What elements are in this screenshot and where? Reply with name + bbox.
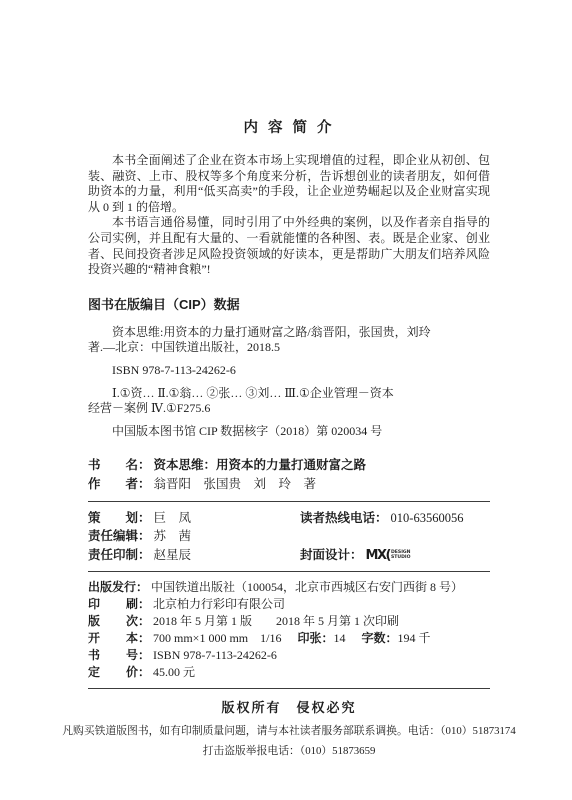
editor-value: 苏 茜 <box>154 529 192 543</box>
colon: ： <box>138 548 151 562</box>
format-label: 开本： <box>88 631 150 645</box>
intro-heading: 内 容 简 介 <box>88 116 490 137</box>
colon: ： <box>136 580 148 594</box>
colon: ： <box>386 631 398 645</box>
cover-design-label: 封面设计： <box>300 548 363 562</box>
copyright-statement: 版权所有 侵权必究 <box>88 697 490 716</box>
format-value: 700 mm×1 000 mm 1/16 <box>153 631 281 645</box>
hotline-field: 读者热线电话：010-63560056 <box>300 509 463 528</box>
edition-value: 2018 年 5 月第 1 版 2018 年 5 月第 1 次印刷 <box>153 614 399 628</box>
cip-data-block: 资本思维:用资本的力量打通财富之路/翁晋阳，张国贵，刘玲 著.—北京：中国铁道出… <box>88 325 490 439</box>
book-info-section: 书名：资本思维：用资本的力量打通财富之路 作者：翁晋阳 张国贵 刘 玲 著 <box>88 456 490 494</box>
cover-design-field: 封面设计：MX(DESIGNSTUDIO <box>300 546 411 565</box>
cip-line-classification-1: Ⅰ.①资… Ⅱ.①翁… ②张… ③刘… Ⅲ.①企业管理－资本 <box>88 386 490 401</box>
colon: ： <box>138 529 151 543</box>
footer-section: 版权所有 侵权必究 凡购买铁道版图书，如有印制质量问题，请与本社读者服务部联系调… <box>88 697 490 758</box>
divider-rule <box>88 571 490 572</box>
cip-line-isbn: ISBN 978-7-113-24262-6 <box>88 363 490 378</box>
hotline-value: 010-63560056 <box>391 511 464 525</box>
colon: ： <box>138 511 151 525</box>
colon: ： <box>321 631 333 645</box>
colon: ： <box>138 614 150 628</box>
author-label: 作者： <box>88 477 151 491</box>
printer-row: 印刷：北京柏力行彩印有限公司 <box>88 596 490 613</box>
design-studio-logo: MX(DESIGNSTUDIO <box>366 547 411 566</box>
colon: ： <box>138 477 151 491</box>
quality-notice: 凡购买铁道版图书，如有印制质量问题，请与本社读者服务部联系调换。电话：（010）… <box>62 723 516 738</box>
colon: ： <box>138 665 150 679</box>
printer-label: 印刷： <box>88 597 150 611</box>
print-supervisor-value: 赵星辰 <box>154 548 192 562</box>
colon: ： <box>138 458 151 472</box>
mxk-logo-subtext: DESIGNSTUDIO <box>391 547 411 560</box>
printer-value: 北京柏力行彩印有限公司 <box>153 597 285 611</box>
print-supervisor-label: 责任印制： <box>88 548 151 562</box>
price-value: 45.00 元 <box>153 665 195 679</box>
page-content: 内 容 简 介 本书全面阐述了企业在资本市场上实现增值的过程，即企业从初创、包装… <box>88 116 490 758</box>
isbn-label: 书号： <box>88 648 150 662</box>
planner-row: 策划：巨 凤 读者热线电话：010-63560056 <box>88 509 490 528</box>
cip-line-publisher: 著.—北京：中国铁道出版社，2018.5 <box>88 340 490 355</box>
edition-row: 版次：2018 年 5 月第 1 版 2018 年 5 月第 1 次印刷 <box>88 613 490 630</box>
words-value: 194 千 <box>398 631 431 645</box>
editor-label: 责任编辑： <box>88 529 151 543</box>
intro-paragraph-1: 本书全面阐述了企业在资本市场上实现增值的过程，即企业从初创、包装、融资、上市、股… <box>88 153 490 215</box>
edition-label: 版次： <box>88 614 150 628</box>
book-title-value: 资本思维：用资本的力量打通财富之路 <box>154 458 367 472</box>
divider-rule <box>88 688 490 689</box>
words-label: 字数： <box>362 631 398 645</box>
print-supervisor-row: 责任印制：赵星辰 封面设计：MX(DESIGNSTUDIO <box>88 546 490 565</box>
publisher-label: 出版发行： <box>88 580 148 594</box>
sheets-value: 14 <box>334 631 346 645</box>
isbn-value: ISBN 978-7-113-24262-6 <box>153 648 277 662</box>
editor-row: 责任编辑：苏 茜 <box>88 527 490 546</box>
format-row: 开本：700 mm×1 000 mm 1/16印张：14字数：194 千 <box>88 630 490 647</box>
piracy-report-notice: 打击盗版举报电话：（010）51873659 <box>62 743 516 758</box>
intro-paragraph-2: 本书语言通俗易懂，同时引用了中外经典的案例，以及作者亲自指导的公司实例，并且配有… <box>88 215 490 277</box>
book-copyright-page: 内 容 简 介 本书全面阐述了企业在资本市场上实现增值的过程，即企业从初创、包装… <box>0 0 572 800</box>
publisher-row: 出版发行：中国铁道出版社（100054，北京市西城区右安门西街 8 号） <box>88 579 490 596</box>
book-title-row: 书名：资本思维：用资本的力量打通财富之路 <box>88 456 490 475</box>
hotline-label: 读者热线电话： <box>300 511 388 525</box>
book-title-label: 书名： <box>88 458 151 472</box>
mxk-logo-mark: MX( <box>366 547 390 566</box>
planner-value: 巨 凤 <box>154 511 192 525</box>
cip-line-classification-2: 经营－案例 Ⅳ.①F275.6 <box>88 401 490 416</box>
colon: ： <box>350 548 363 562</box>
cip-heading: 图书在版编目（CIP）数据 <box>88 294 490 313</box>
staff-section: 策划：巨 凤 读者热线电话：010-63560056 责任编辑：苏 茜 责任印制… <box>88 509 490 565</box>
colon: ： <box>375 511 388 525</box>
price-row: 定价：45.00 元 <box>88 664 490 681</box>
isbn-row: 书号：ISBN 978-7-113-24262-6 <box>88 647 490 664</box>
publisher-value: 中国铁道出版社（100054，北京市西城区右安门西街 8 号） <box>151 580 463 594</box>
divider-rule <box>88 501 490 502</box>
planner-label: 策划： <box>88 511 151 525</box>
cip-line-title: 资本思维:用资本的力量打通财富之路/翁晋阳，张国贵，刘玲 <box>88 325 490 340</box>
colon: ： <box>138 631 150 645</box>
cip-line-record-number: 中国版本图书馆 CIP 数据核字（2018）第 020034 号 <box>88 424 490 439</box>
colon: ： <box>138 597 150 611</box>
colon: ： <box>138 648 150 662</box>
author-value: 翁晋阳 张国贵 刘 玲 著 <box>154 477 317 491</box>
author-row: 作者：翁晋阳 张国贵 刘 玲 著 <box>88 475 490 494</box>
price-label: 定价： <box>88 665 150 679</box>
publishing-section: 出版发行：中国铁道出版社（100054，北京市西城区右安门西街 8 号） 印刷：… <box>88 579 490 681</box>
sheets-label: 印张： <box>297 631 333 645</box>
